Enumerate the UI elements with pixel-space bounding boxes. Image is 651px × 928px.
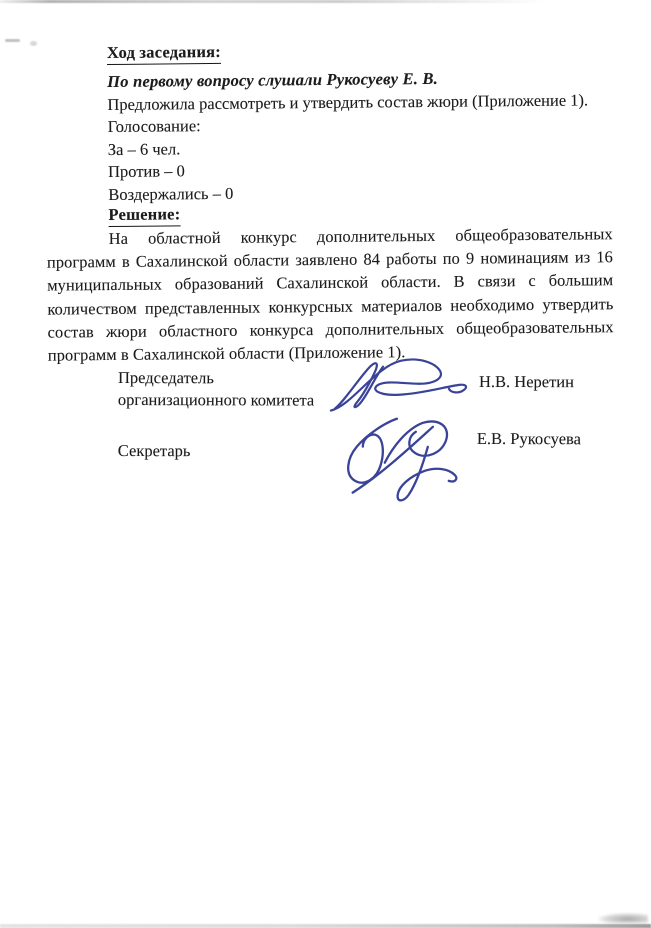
chairman-role-line1: Председатель (118, 367, 314, 390)
secretary-signature-ink (333, 413, 463, 508)
proceedings-heading: Ход заседания: (107, 42, 221, 65)
chairman-name: Н.В. Неретин (479, 372, 574, 392)
document-page: Ход заседания: По первому вопросу слушал… (0, 0, 651, 928)
decision-paragraph: На областной конкурс дополнительных обще… (47, 222, 614, 367)
scan-top-edge-artifact (0, 0, 548, 3)
chairman-role: Председатель организационного комитета (118, 367, 314, 412)
proceedings-block: По первому вопросу слушали Рукосуеву Е. … (107, 66, 628, 206)
decision-heading: Решение: (108, 204, 180, 227)
vote-abstained: Воздержались – 0 (108, 179, 628, 206)
chairman-role-line2: организационного комитета (118, 389, 314, 412)
secretary-name: Е.В. Рукосуева (477, 429, 581, 449)
scan-left-smudge (5, 39, 20, 42)
chairman-signature-ink (323, 353, 473, 415)
scan-bottom-edge-artifact (0, 924, 651, 928)
secretary-role-line1: Секретарь (118, 440, 191, 463)
secretary-role: Секретарь (118, 440, 191, 463)
scan-corner-smudge (598, 913, 648, 923)
scan-left-smudge-dot (30, 41, 37, 46)
